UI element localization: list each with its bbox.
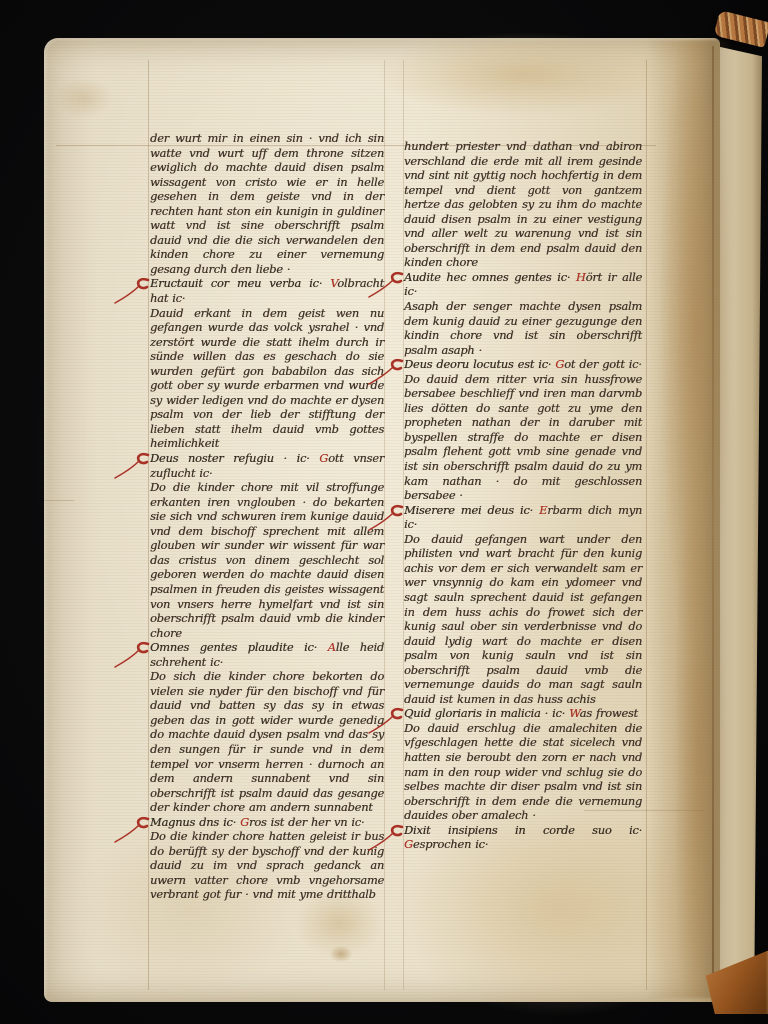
commentary-paragraph: hundert priester vnd dathan vnd abiron v… bbox=[404, 139, 642, 270]
rubricated-capital: G bbox=[404, 837, 413, 851]
latin-incipit: Eructauit cor meu verba ic· bbox=[150, 276, 322, 290]
psalm-incipit-line: Deus noster refugiu · ic· Gott vnser zuf… bbox=[150, 451, 384, 480]
commentary-paragraph: Do dauid erschlug die amalechiten die vf… bbox=[404, 721, 642, 823]
latin-incipit: Magnus dns ic· bbox=[150, 815, 236, 829]
ruling-line-horizontal bbox=[44, 500, 74, 501]
ruling-line-vertical bbox=[148, 60, 149, 990]
latin-incipit: Deus noster refugiu · ic· bbox=[150, 451, 310, 465]
commentary-paragraph: Asaph der senger machte dysen psalm dem … bbox=[404, 299, 642, 357]
rubric-paragraph-mark-icon bbox=[114, 277, 150, 307]
commentary-paragraph: Do dauid gefangen wart under den philist… bbox=[404, 532, 642, 707]
psalm-incipit-line: Audite hec omnes gentes ic· Hört ir alle… bbox=[404, 270, 642, 299]
german-translation: Got der gott ic· bbox=[555, 357, 641, 371]
rubric-paragraph-mark-icon bbox=[114, 452, 150, 482]
gutter-fold-line bbox=[712, 46, 714, 992]
psalm-incipit-line: Dixit insipiens in corde suo ic· Gesproc… bbox=[404, 823, 642, 852]
rubric-paragraph-mark-icon bbox=[368, 358, 404, 388]
commentary-paragraph: Do dauid dem ritter vria sin hussfrowe b… bbox=[404, 372, 642, 503]
rubric-paragraph-mark-icon bbox=[368, 271, 404, 301]
parchment-stain bbox=[330, 946, 352, 962]
rubric-paragraph-mark-icon bbox=[114, 816, 150, 846]
rubricated-capital: W bbox=[569, 706, 580, 720]
rubricated-capital: G bbox=[319, 451, 328, 465]
latin-incipit: Audite hec omnes gentes ic· bbox=[404, 270, 570, 284]
text-column-left: der wurt mir in einen sin · vnd ich sin … bbox=[150, 131, 384, 902]
manuscript-photo: der wurt mir in einen sin · vnd ich sin … bbox=[0, 0, 768, 1024]
commentary-paragraph: Do die kinder chore mit vil stroffunge e… bbox=[150, 480, 384, 640]
latin-incipit: Quid gloriaris in malicia · ic· bbox=[404, 706, 565, 720]
psalm-incipit-line: Deus deoru locutus est ic· Got der gott … bbox=[404, 357, 642, 372]
latin-incipit: Omnes gentes plaudite ic· bbox=[150, 640, 317, 654]
german-translation: Was frowest bbox=[569, 706, 638, 720]
german-translation: Gesprochen ic· bbox=[404, 837, 488, 851]
rubricated-capital: A bbox=[328, 640, 336, 654]
commentary-paragraph: Dauid erkant in dem geist wen nu gefange… bbox=[150, 306, 384, 451]
rubric-paragraph-mark-icon bbox=[368, 504, 404, 534]
text-column-right: hundert priester vnd dathan vnd abiron v… bbox=[404, 139, 642, 852]
rubric-paragraph-mark-icon bbox=[368, 824, 404, 854]
spine-headband bbox=[714, 10, 768, 48]
parchment-stain bbox=[374, 32, 674, 116]
commentary-paragraph: der wurt mir in einen sin · vnd ich sin … bbox=[150, 131, 384, 276]
commentary-paragraph: Do die kinder chore hatten geleist ir bu… bbox=[150, 829, 384, 902]
psalm-incipit-line: Miserere mei deus ic· Erbarm dich myn ic… bbox=[404, 503, 642, 532]
psalm-incipit-line: Eructauit cor meu verba ic· Volbracht ha… bbox=[150, 276, 384, 305]
rubricated-capital: G bbox=[555, 357, 564, 371]
rubricated-capital: H bbox=[576, 270, 586, 284]
rubric-paragraph-mark-icon bbox=[368, 707, 404, 737]
rubricated-capital: E bbox=[539, 503, 547, 517]
rubric-paragraph-mark-icon bbox=[114, 641, 150, 671]
psalm-incipit-line: Quid gloriaris in malicia · ic· Was frow… bbox=[404, 706, 642, 721]
latin-incipit: Deus deoru locutus est ic· bbox=[404, 357, 551, 371]
parchment-stain bbox=[54, 78, 114, 118]
commentary-paragraph: Do sich die kinder chore bekorten do vie… bbox=[150, 669, 384, 814]
psalm-incipit-line: Omnes gentes plaudite ic· Alle heid schr… bbox=[150, 640, 384, 669]
latin-incipit: Miserere mei deus ic· bbox=[404, 503, 533, 517]
psalm-incipit-line: Magnus dns ic· Gros ist der her vn ic· bbox=[150, 815, 384, 830]
german-translation: Gros ist der her vn ic· bbox=[240, 815, 364, 829]
ruling-line-vertical bbox=[646, 60, 647, 990]
latin-incipit: Dixit insipiens in corde suo ic· bbox=[404, 823, 642, 837]
rubricated-capital: G bbox=[240, 815, 249, 829]
